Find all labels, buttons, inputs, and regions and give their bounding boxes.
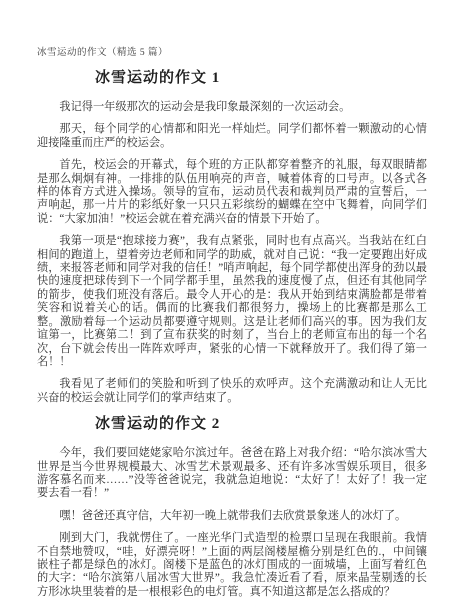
essay-1-title: 冰雪运动的作文 1 [95, 68, 427, 88]
essay-2-title: 冰雪运动的作文 2 [95, 414, 427, 434]
essay-2-paragraph-3: 刚到大门，我就愣住了。一座光华门式造型的检票口呈现在我眼前。我情不自禁地赞叹，“… [37, 532, 427, 599]
essay-1-paragraph-1: 我记得一年级那次的运动会是我印象最深刻的一次运动会。 [37, 101, 427, 114]
essay-1-paragraph-5: 我看见了老师们的笑脸和听到了快乐的欢呼声。这个充满激动和让人无比兴奋的校运会就让… [37, 378, 427, 405]
document-page: 冰雪运动的作文（精选 5 篇） 冰雪运动的作文 1 我记得一年级那次的运动会是我… [0, 0, 463, 600]
essay-section-2: 冰雪运动的作文 2 今年，我们要回姥姥家哈尔滨过年。爸爸在路上对我介绍：“哈尔滨… [37, 414, 427, 599]
essay-2-paragraph-1: 今年，我们要回姥姥家哈尔滨过年。爸爸在路上对我介绍：“哈尔滨冰雪大世界是当今世界… [37, 447, 427, 501]
essay-2-paragraph-2: 嘿！爸爸还真守信，大年初一晚上就带我们去欣赏景象迷人的冰灯了。 [37, 510, 427, 523]
doc-header-subtitle: 冰雪运动的作文（精选 5 篇） [37, 44, 427, 58]
essay-1-paragraph-3: 首先，校运会的开幕式，每个班的方正队都穿着整齐的礼服，每双眼睛都是那么炯炯有神。… [37, 159, 427, 226]
essay-1-paragraph-4: 我第一项是“抱球接力赛”，我有点紧张，同时也有点高兴。当我站在红白相间的跑道上，… [37, 235, 427, 369]
essay-section-1: 冰雪运动的作文 1 我记得一年级那次的运动会是我印象最深刻的一次运动会。 那天，… [37, 68, 427, 405]
essay-1-paragraph-2: 那天，每个同学的心情都和阳光一样灿烂。同学们都怀着一颗激动的心情迎接隆重而庄严的… [37, 123, 427, 150]
